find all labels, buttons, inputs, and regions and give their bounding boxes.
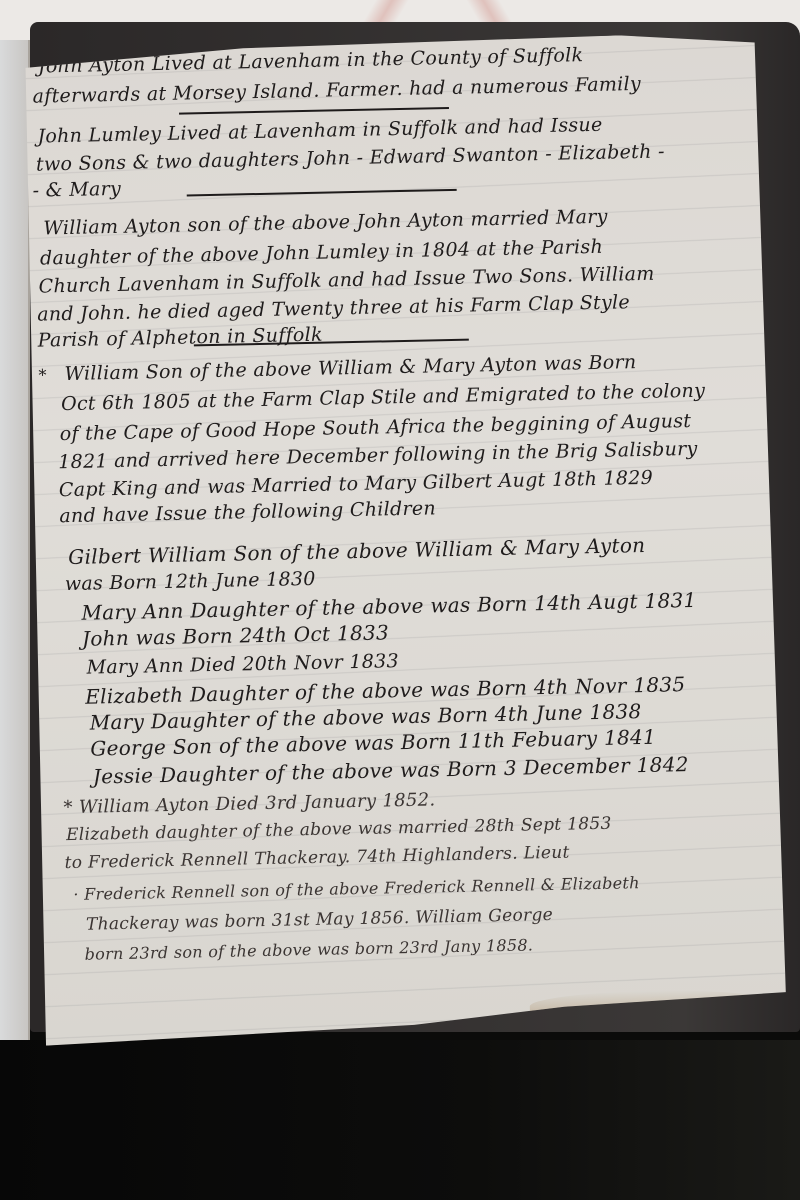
child-entry: Gilbert William Son of the above William… <box>68 533 646 569</box>
child-entry: Mary Ann Daughter of the above was Born … <box>81 588 697 625</box>
text-line: John Lumley Lived at Lavenham in Suffolk… <box>37 114 602 148</box>
dark-surface <box>0 1040 800 1200</box>
child-entry: John was Born 24th Oct 1833 <box>82 620 390 650</box>
later-entry: Elizabeth daughter of the above was marr… <box>66 814 612 845</box>
later-entry: · Frederick Rennell son of the above Fre… <box>73 873 640 904</box>
register-page: in the parish John Ayton Lived at Lavenh… <box>18 32 791 1048</box>
text-line: - & Mary <box>32 178 121 202</box>
section-divider <box>187 189 457 197</box>
later-entry: * William Ayton Died 3rd January 1852. <box>63 789 435 818</box>
text-line: two Sons & two daughters John - Edward S… <box>36 140 665 175</box>
later-entry: born 23rd son of the above was born 23rd… <box>84 935 533 963</box>
text-line: William Ayton son of the above John Ayto… <box>43 206 608 240</box>
asterisk-marker: * <box>38 365 47 384</box>
child-entry: was Born 12th June 1830 <box>65 568 316 595</box>
later-entry: Thackeray was born 31st May 1856. Willia… <box>86 905 553 935</box>
text-line: and John. he died aged Twenty three at h… <box>37 291 630 325</box>
text-line: daughter of the above John Lumley in 180… <box>40 236 603 270</box>
text-line: afterwards at Morsey Island. Farmer. had… <box>32 73 641 108</box>
later-entry: to Frederick Rennell Thackeray. 74th Hig… <box>64 843 569 874</box>
text-line: Oct 6th 1805 at the Farm Clap Stile and … <box>61 380 705 415</box>
text-line: Parish of Alpheton in Suffolk <box>38 324 324 352</box>
section-divider <box>179 107 449 115</box>
book-edge <box>0 40 30 1040</box>
text-line: William Son of the above William & Mary … <box>64 351 636 385</box>
child-entry: Mary Ann Died 20th Novr 1833 <box>86 650 399 679</box>
text-line: and have Issue the following Children <box>59 497 436 527</box>
text-line: Capt King and was Married to Mary Gilber… <box>59 467 654 501</box>
